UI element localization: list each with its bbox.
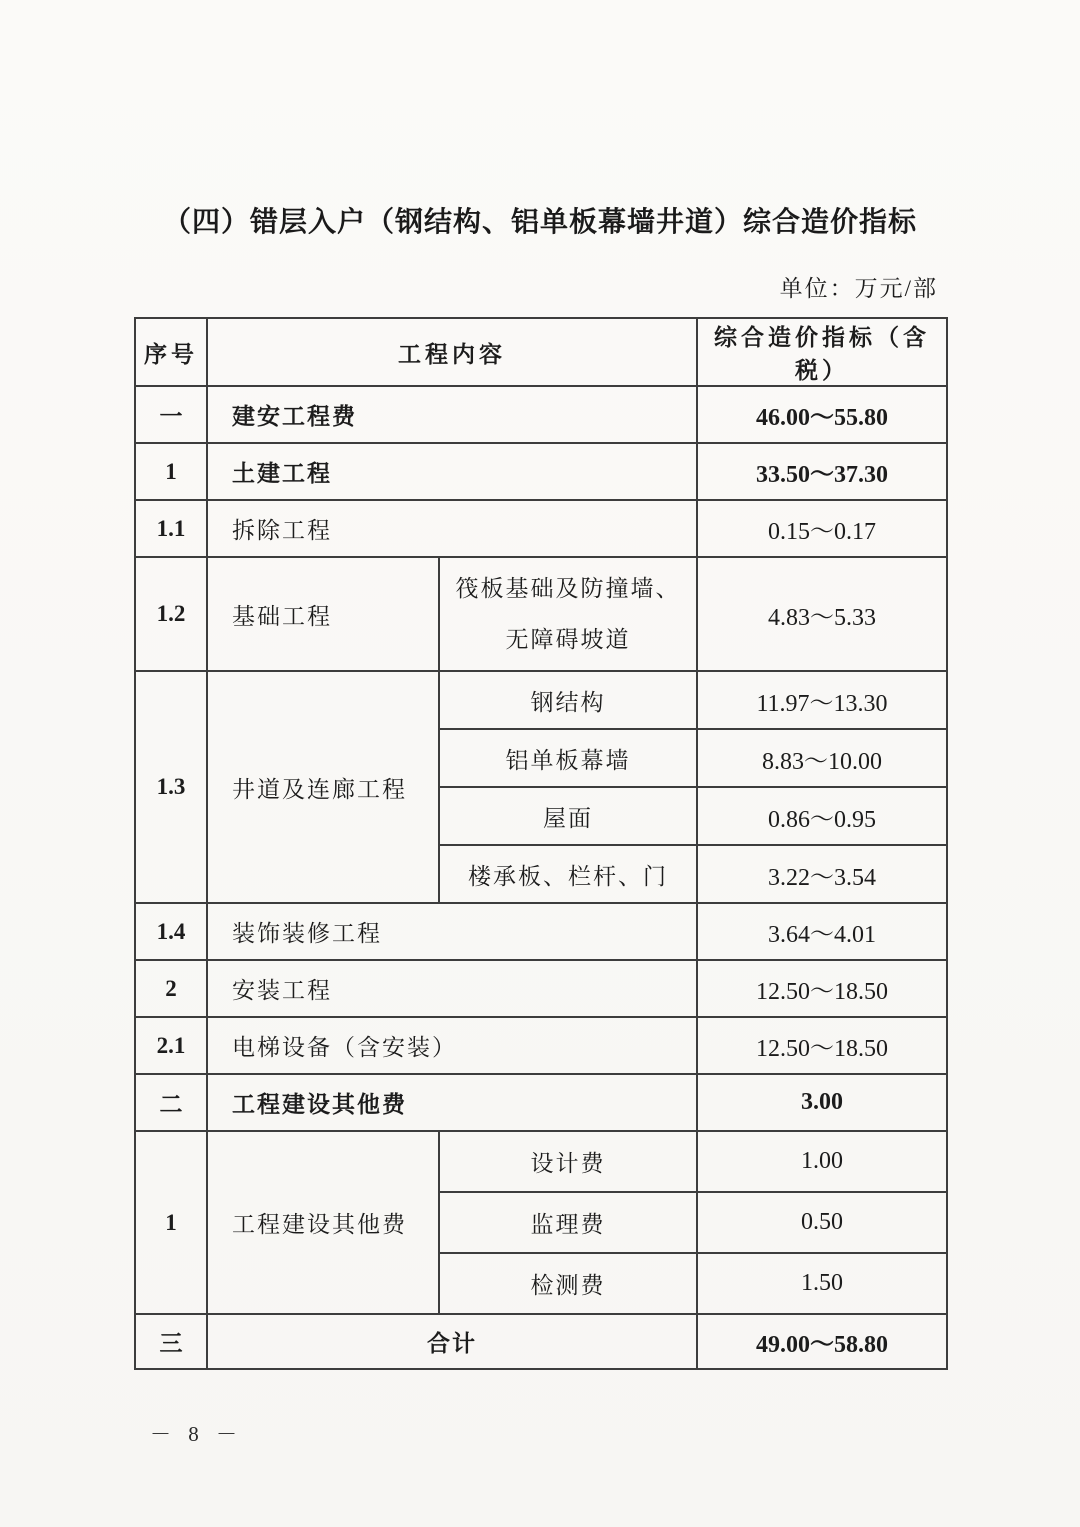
cell-content: 合计 — [207, 1314, 697, 1369]
table-row: 2.1 电梯设备（含安装） 12.50～18.50 — [135, 1017, 947, 1074]
cell-subcontent: 筏板基础及防撞墙、 无障碍坡道 — [439, 557, 697, 671]
table-row: 一 建安工程费 46.00～55.80 — [135, 386, 947, 443]
table-row: 1 土建工程 33.50～37.30 — [135, 443, 947, 500]
cell-value: 46.00～55.80 — [697, 386, 947, 443]
table-row: 2 安装工程 12.50～18.50 — [135, 960, 947, 1017]
cell-serial: 1.3 — [135, 671, 207, 903]
cell-serial: 1.4 — [135, 903, 207, 960]
cell-subcontent: 楼承板、栏杆、门 — [439, 845, 697, 903]
cell-serial: 1.1 — [135, 500, 207, 557]
table-row: 三 合计 49.00～58.80 — [135, 1314, 947, 1369]
header-indicator: 综合造价指标（含税） — [697, 318, 947, 386]
page-number: － 8 － — [150, 1418, 243, 1448]
cell-content: 工程建设其他费 — [207, 1074, 697, 1131]
cell-value: 0.50 — [697, 1192, 947, 1253]
cell-value: 11.97～13.30 — [697, 671, 947, 729]
cell-serial: 二 — [135, 1074, 207, 1131]
cell-value: 8.83～10.00 — [697, 729, 947, 787]
table-row: 1 工程建设其他费 设计费 1.00 — [135, 1131, 947, 1192]
cell-subcontent: 屋面 — [439, 787, 697, 845]
cell-value: 49.00～58.80 — [697, 1314, 947, 1369]
cell-value: 12.50～18.50 — [697, 1017, 947, 1074]
cell-content: 土建工程 — [207, 443, 697, 500]
cell-subcontent: 钢结构 — [439, 671, 697, 729]
table-row: 1.4 装饰装修工程 3.64～4.01 — [135, 903, 947, 960]
cell-content: 拆除工程 — [207, 500, 697, 557]
subcontent-line-2: 无障碍坡道 — [440, 627, 696, 652]
cell-value: 12.50～18.50 — [697, 960, 947, 1017]
cell-value: 33.50～37.30 — [697, 443, 947, 500]
cell-content: 建安工程费 — [207, 386, 697, 443]
subcontent-line-1: 筏板基础及防撞墙、 — [440, 576, 696, 601]
table-row: 1.3 井道及连廊工程 钢结构 11.97～13.30 — [135, 671, 947, 729]
cell-value: 1.50 — [697, 1253, 947, 1314]
cell-serial: 1 — [135, 1131, 207, 1314]
cell-serial: 1.2 — [135, 557, 207, 671]
cell-content: 基础工程 — [207, 557, 439, 671]
cell-content: 装饰装修工程 — [207, 903, 697, 960]
cell-subcontent: 监理费 — [439, 1192, 697, 1253]
cell-value: 3.00 — [697, 1074, 947, 1131]
page-title: （四）错层入户（钢结构、铝单板幕墙井道）综合造价指标 — [134, 0, 946, 240]
cell-serial: 2 — [135, 960, 207, 1017]
cell-value: 0.86～0.95 — [697, 787, 947, 845]
cell-value: 4.83～5.33 — [697, 557, 947, 671]
table-row: 1.1 拆除工程 0.15～0.17 — [135, 500, 947, 557]
document-page: （四）错层入户（钢结构、铝单板幕墙井道）综合造价指标 单位：万元/部 序号 工程… — [134, 0, 946, 1370]
cell-content: 工程建设其他费 — [207, 1131, 439, 1314]
table-row: 二 工程建设其他费 3.00 — [135, 1074, 947, 1131]
cost-indicator-table: 序号 工程内容 综合造价指标（含税） 一 建安工程费 46.00～55.80 1… — [134, 317, 948, 1370]
cell-serial: 一 — [135, 386, 207, 443]
cell-serial: 2.1 — [135, 1017, 207, 1074]
cell-content: 电梯设备（含安装） — [207, 1017, 697, 1074]
cell-content: 井道及连廊工程 — [207, 671, 439, 903]
table-header-row: 序号 工程内容 综合造价指标（含税） — [135, 318, 947, 386]
cell-value: 1.00 — [697, 1131, 947, 1192]
cell-content: 安装工程 — [207, 960, 697, 1017]
cell-value: 3.64～4.01 — [697, 903, 947, 960]
cell-subcontent: 铝单板幕墙 — [439, 729, 697, 787]
cell-value: 3.22～3.54 — [697, 845, 947, 903]
cell-serial: 三 — [135, 1314, 207, 1369]
cell-serial: 1 — [135, 443, 207, 500]
cell-value: 0.15～0.17 — [697, 500, 947, 557]
header-content: 工程内容 — [207, 318, 697, 386]
header-serial: 序号 — [135, 318, 207, 386]
table-row: 1.2 基础工程 筏板基础及防撞墙、 无障碍坡道 4.83～5.33 — [135, 557, 947, 671]
unit-label: 单位：万元/部 — [134, 270, 946, 303]
cell-subcontent: 检测费 — [439, 1253, 697, 1314]
cell-subcontent: 设计费 — [439, 1131, 697, 1192]
